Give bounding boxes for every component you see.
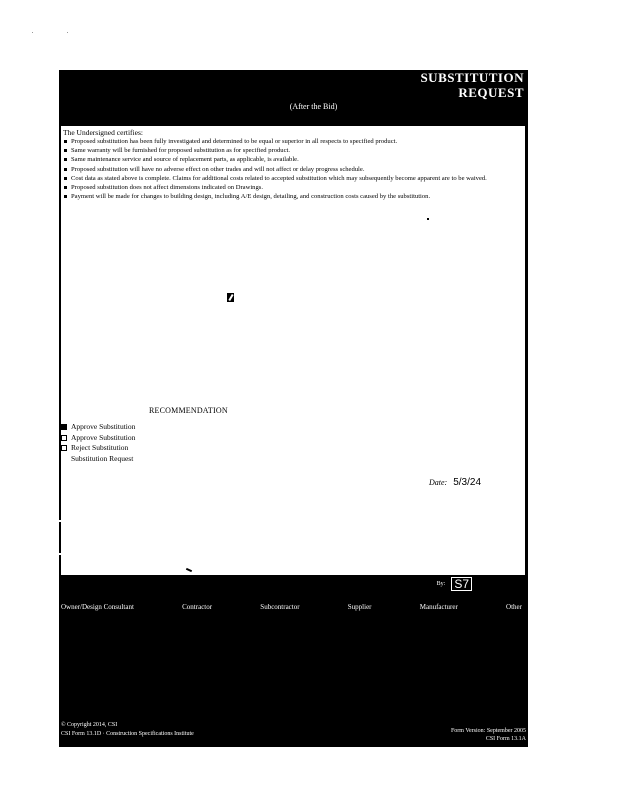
distribution-other: Other xyxy=(506,603,522,611)
certification-item: Proposed substitution has been fully inv… xyxy=(63,137,523,146)
option-label: Substitution Request xyxy=(71,454,133,465)
footer-right-line-2: CSI Form 13.1A xyxy=(451,735,526,743)
certification-item: Payment will be made for changes to buil… xyxy=(63,192,523,201)
form-title: SUBSTITUTION REQUEST xyxy=(420,70,524,100)
form-body: The Undersigned certifies: Proposed subs… xyxy=(61,126,525,575)
footer-left-line-2: CSI Form 13.1D · Construction Specificat… xyxy=(61,730,194,739)
option-label: Reject Substitution xyxy=(71,443,128,454)
signature-mark-icon xyxy=(227,293,234,302)
certification-list: Proposed substitution has been fully inv… xyxy=(63,137,523,201)
checkbox-icon[interactable] xyxy=(61,435,67,441)
checkbox-icon[interactable] xyxy=(61,445,67,451)
footer-right-line-1: Form Version: September 2005 xyxy=(451,727,526,735)
pen-mark-icon xyxy=(186,568,192,572)
distribution-list: Owner/Design Consultant Contractor Subco… xyxy=(59,603,528,611)
margin-tick xyxy=(59,520,62,522)
form-subtitle: (After the Bid) xyxy=(59,102,528,111)
initials-value[interactable]: S7 xyxy=(451,577,472,591)
initials-field: By: S7 xyxy=(437,577,472,591)
footer-version: Form Version: September 2005 CSI Form 13… xyxy=(451,727,526,743)
certification-item: Same warranty will be furnished for prop… xyxy=(63,146,523,155)
scan-speck xyxy=(67,32,68,33)
margin-tick xyxy=(59,553,62,555)
title-line-2: REQUEST xyxy=(420,85,524,100)
certification-item: Proposed substitution will have no adver… xyxy=(63,165,523,174)
date-field: Date: 5/3/24 xyxy=(429,477,481,488)
recommendation-option-reject[interactable]: Reject Substitution xyxy=(61,443,135,454)
certification-heading: The Undersigned certifies: xyxy=(63,128,143,137)
distribution-manufacturer: Manufacturer xyxy=(420,603,458,611)
certification-item: Cost data as stated above is complete. C… xyxy=(63,174,523,183)
recommendation-heading: RECOMMENDATION xyxy=(149,406,228,415)
footer-copyright: © Copyright 2014, CSI CSI Form 13.1D · C… xyxy=(61,721,194,739)
recommendation-option-approve[interactable]: Approve Substitution xyxy=(61,422,135,433)
scan-speck xyxy=(32,32,33,33)
recommendation-option-approve-noted[interactable]: Approve Substitution xyxy=(61,433,135,444)
date-label: Date: xyxy=(429,478,447,487)
distribution-contractor: Contractor xyxy=(182,603,212,611)
certification-item: Same maintenance service and source of r… xyxy=(63,155,523,164)
certification-item: Proposed substitution does not affect di… xyxy=(63,183,523,192)
distribution-subcontractor: Subcontractor xyxy=(260,603,299,611)
form-page: SUBSTITUTION REQUEST (After the Bid) The… xyxy=(59,70,528,747)
scan-speck xyxy=(427,218,429,220)
option-label: Approve Substitution xyxy=(71,422,135,433)
recommendation-option-late[interactable]: Substitution Request xyxy=(61,454,135,465)
distribution-owner: Owner/Design Consultant xyxy=(61,603,134,611)
initials-label: By: xyxy=(437,581,446,587)
checkbox-icon[interactable] xyxy=(61,456,67,462)
option-label: Approve Substitution xyxy=(71,433,135,444)
recommendation-options: Approve Substitution Approve Substitutio… xyxy=(61,422,135,464)
footer-left-line-1: © Copyright 2014, CSI xyxy=(61,721,194,730)
distribution-supplier: Supplier xyxy=(348,603,372,611)
title-line-1: SUBSTITUTION xyxy=(420,70,524,85)
checkbox-checked-icon[interactable] xyxy=(61,424,67,430)
date-value[interactable]: 5/3/24 xyxy=(453,477,481,488)
